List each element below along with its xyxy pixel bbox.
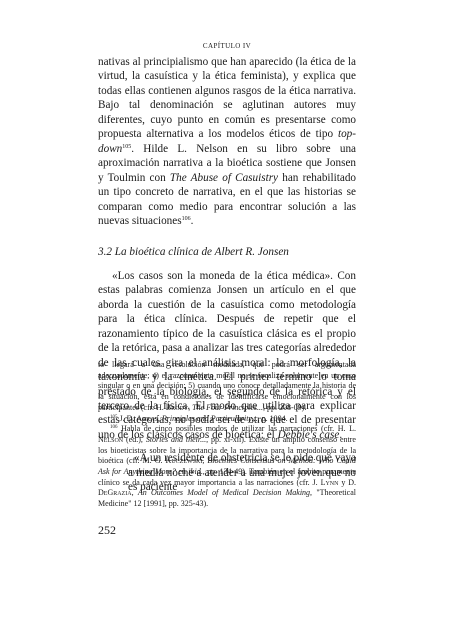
page-number: 252	[98, 523, 116, 538]
footnote-106: 106 Habla de cinco posibles modos de uti…	[98, 424, 356, 510]
footnote-ref-106[interactable]: 106	[182, 216, 191, 222]
footnotes: to llegará a una resolución meditada, qu…	[98, 360, 356, 510]
paragraph-1: nativas al principialismo que han aparec…	[98, 55, 356, 228]
footnote-ref-105[interactable]: 105	[122, 144, 131, 150]
running-head: CAPÍTULO IV	[98, 42, 356, 50]
section-heading: 3.2 La bioética clínica de Albert R. Jon…	[98, 245, 356, 259]
footnote-continuation: to llegará a una resolución meditada, qu…	[98, 360, 356, 414]
footnote-105: 105 J. D. Arras, Principles and Particul…	[98, 414, 356, 425]
